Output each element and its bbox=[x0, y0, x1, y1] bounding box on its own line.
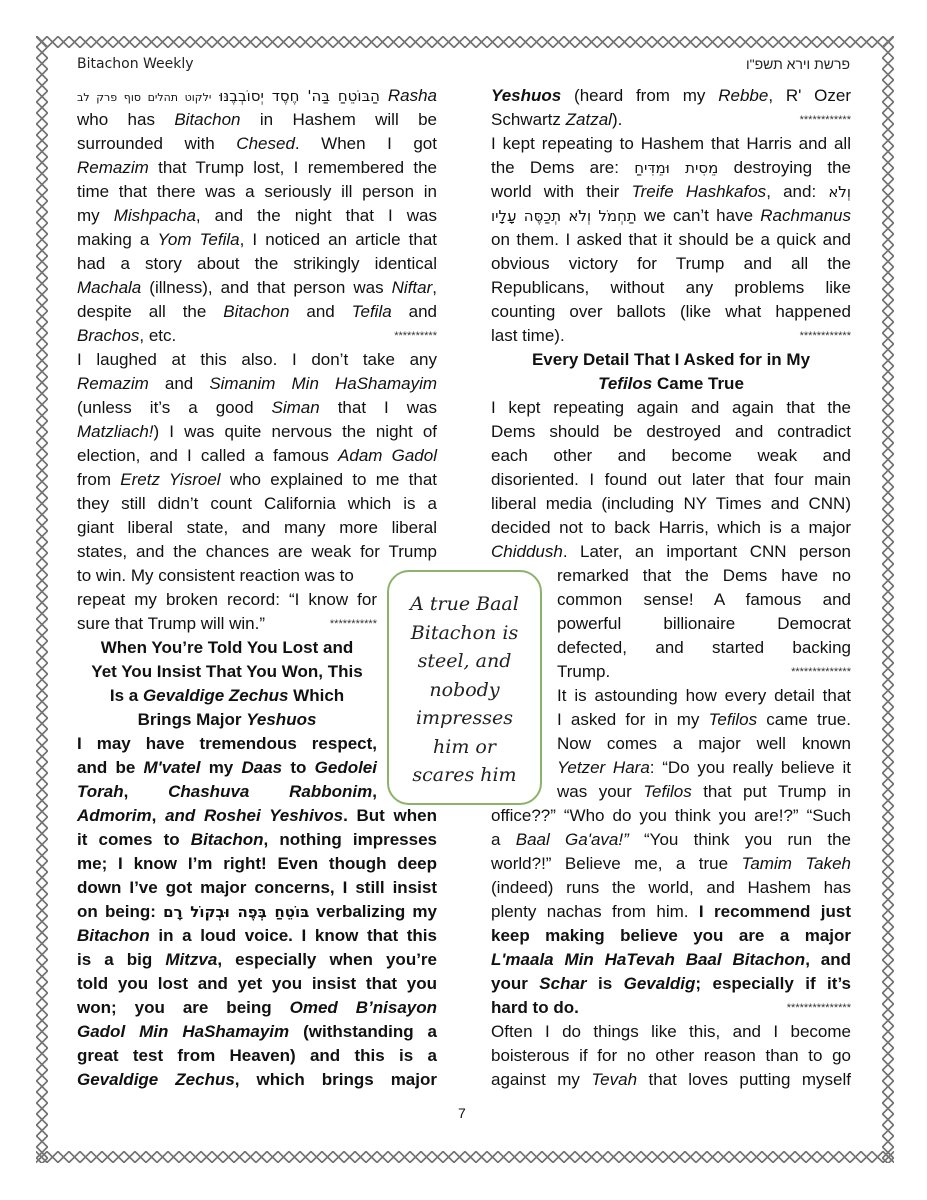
text-line: disoriented. I found out later that four… bbox=[491, 468, 851, 492]
text-line: was your Tefilos that put Trump in bbox=[557, 780, 851, 804]
text-line: remarked that the Dems have no bbox=[557, 564, 851, 588]
text-fragment: hard to do. bbox=[491, 998, 579, 1017]
section-heading-line: When You’re Told You Lost and bbox=[77, 636, 377, 660]
text-line: Gevaldige Zechus, which brings major bbox=[77, 1068, 437, 1092]
text-line: from Eretz Yisroel who explained to me t… bbox=[77, 468, 437, 492]
text-line: making a Yom Tefila, I noticed an articl… bbox=[77, 228, 437, 252]
section-heading-line: Brings Major Yeshuos bbox=[77, 708, 377, 732]
text-line: hard to do.*************** bbox=[491, 996, 851, 1020]
text-line: surrounded with Chesed. When I got bbox=[77, 132, 437, 156]
text-line: to win. My consistent reaction was to bbox=[77, 564, 377, 588]
text-line: Bitachon in a loud voice. I know that th… bbox=[77, 924, 437, 948]
text-line: Now comes a major well known bbox=[557, 732, 851, 756]
text-line: world with their Treife Hashkafos, and: … bbox=[491, 180, 851, 204]
section-separator: ************ bbox=[800, 108, 851, 132]
text-line: states, and the chances are weak for Tru… bbox=[77, 540, 437, 564]
text-line: Republicans, without any problems like bbox=[491, 276, 851, 300]
opening-word: Rasha bbox=[388, 86, 437, 105]
text-line: on them. I asked that it should be a qui… bbox=[491, 228, 851, 252]
text-line: Remazim that Trump lost, I remembered th… bbox=[77, 156, 437, 180]
text-line: Gadol Min HaShamayim (withstanding a bbox=[77, 1020, 437, 1044]
page-number: 7 bbox=[458, 1105, 466, 1121]
text-line: they still didn’t count California which… bbox=[77, 492, 437, 516]
text-line: I laughed at this also. I don’t take any bbox=[77, 348, 437, 372]
text-line: election, and I called a famous Adam Gad… bbox=[77, 444, 437, 468]
text-fragment: last time). bbox=[491, 326, 565, 345]
text-line: me; I know I’m right! Even though deep bbox=[77, 852, 437, 876]
text-line: my Mishpacha, and the night that I was bbox=[77, 204, 437, 228]
text-line: repeat my broken record: “I know for bbox=[77, 588, 377, 612]
text-line: obvious victory for Trump and all the bbox=[491, 252, 851, 276]
text-line: against my Tevah that loves putting myse… bbox=[491, 1068, 851, 1092]
text-line: is a big Mitzva, especially when you’re bbox=[77, 948, 437, 972]
text-line: told you lost and yet you insist that yo… bbox=[77, 972, 437, 996]
text-line: won; you are being Omed B’nisayon bbox=[77, 996, 437, 1020]
text-line: had a story about the strikingly identic… bbox=[77, 252, 437, 276]
text-line: who has Bitachon in Hashem will be bbox=[77, 108, 437, 132]
text-line: I kept repeating again and again that th… bbox=[491, 396, 851, 420]
text-line: Yeshuos (heard from my Rebbe, R' Ozer bbox=[491, 84, 851, 108]
text-line: world?!” Believe me, a true Tamim Takeh bbox=[491, 852, 851, 876]
text-line: counting over ballots (like what happene… bbox=[491, 300, 851, 324]
text-line: liberal media (including NY Times and CN… bbox=[491, 492, 851, 516]
text-line: last time).************ bbox=[491, 324, 851, 348]
text-line: common sense! A famous and bbox=[557, 588, 851, 612]
text-line: Schwartz Zatzal).************ bbox=[491, 108, 851, 132]
decorative-border-right bbox=[882, 36, 894, 1163]
decorative-border-left bbox=[36, 36, 48, 1163]
text-line: on being: בּוֹטֵחַ בְּפֶה וּבְקוֹל רָם v… bbox=[77, 900, 437, 924]
header-publication-title: Bitachon Weekly bbox=[77, 56, 194, 72]
text-line: תַחְמֹל וְלֹא תְכַסֶּה עָלָיו we can’t h… bbox=[491, 204, 851, 228]
text-line: and be M'vatel my Daas to Gedolei bbox=[77, 756, 377, 780]
section-separator: ************ bbox=[800, 324, 851, 348]
text-line: time that there was a seriously ill pers… bbox=[77, 180, 437, 204]
text-line: plenty nachas from him. I recommend just bbox=[491, 900, 851, 924]
text-line: defected, and started backing bbox=[557, 636, 851, 660]
source-citation: ילקוט תהלים סוף פרק לב bbox=[77, 91, 211, 104]
section-heading-line: Every Detail That I Asked for in My bbox=[491, 348, 851, 372]
decorative-border-bottom bbox=[36, 1151, 894, 1163]
text-fragment: sure that Trump will win.” bbox=[77, 614, 265, 633]
text-line: Often I do things like this, and I becom… bbox=[491, 1020, 851, 1044]
text-line: I may have tremendous respect, bbox=[77, 732, 377, 756]
section-heading-line: Is a Gevaldige Zechus Which bbox=[77, 684, 377, 708]
left-column: ילקוט תהלים סוף פרק לב הַבּוֹטֵחַ בַּה' … bbox=[77, 84, 437, 1092]
hebrew-verse: הַבּוֹטֵחַ בַּה' חֶסֶד יְסוֹבְבֶנּוּ bbox=[219, 87, 380, 105]
text-line: Chiddush. Later, an important CNN person bbox=[491, 540, 851, 564]
text-line: Trump.************** bbox=[557, 660, 851, 684]
text-line: great test from Heaven) and this is a bbox=[77, 1044, 437, 1068]
hebrew-phrase: בּוֹטֵחַ בְּפֶה וּבְקוֹל רָם bbox=[163, 903, 309, 921]
text-line: decided not to back Harris, which is a m… bbox=[491, 516, 851, 540]
text-line: Remazim and Simanim Min HaShamayim bbox=[77, 372, 437, 396]
text-line: I asked for in my Tefilos came true. bbox=[557, 708, 851, 732]
section-separator: ************** bbox=[791, 660, 851, 684]
header-parsha: פרשת וירא תשפ"ו bbox=[746, 56, 850, 72]
right-column: Yeshuos (heard from my Rebbe, R' Ozer Sc… bbox=[491, 84, 851, 1092]
decorative-border-top bbox=[36, 36, 894, 48]
text-fragment: Trump. bbox=[557, 662, 610, 681]
text-line: powerful billionaire Democrat bbox=[557, 612, 851, 636]
text-line: boisterous if for no other reason than t… bbox=[491, 1044, 851, 1068]
text-line: Machala (illness), and that person was N… bbox=[77, 276, 437, 300]
text-line: Torah, Chashuva Rabbonim, bbox=[77, 780, 377, 804]
text-line: Matzliach!) I was quite nervous the nigh… bbox=[77, 420, 437, 444]
text-line: Yetzer Hara: “Do you really believe it bbox=[557, 756, 851, 780]
section-heading-line: Yet You Insist That You Won, This bbox=[77, 660, 377, 684]
text-line: despite all the Bitachon and Tefila and bbox=[77, 300, 437, 324]
text-line: L'maala Min HaTevah Baal Bitachon, and bbox=[491, 948, 851, 972]
hebrew-phrase: תַחְמֹל וְלֹא תְכַסֶּה עָלָיו bbox=[491, 207, 637, 225]
section-separator: *********** bbox=[330, 612, 377, 636]
text-line: Admorim, and Roshei Yeshivos. But when bbox=[77, 804, 437, 828]
hebrew-phrase: מֵסִית וּמֵדִּיחַ bbox=[634, 159, 718, 177]
text-line: sure that Trump will win.”*********** bbox=[77, 612, 377, 636]
hebrew-phrase: וְלֹא bbox=[828, 183, 851, 201]
section-heading-line: Tefilos Came True bbox=[491, 372, 851, 396]
text-line: I kept repeating to Hashem that Harris a… bbox=[491, 132, 851, 156]
text-line: the Dems are: מֵסִית וּמֵדִּיחַ destroyi… bbox=[491, 156, 851, 180]
opening-line: ילקוט תהלים סוף פרק לב הַבּוֹטֵחַ בַּה' … bbox=[77, 84, 437, 108]
text-line: (unless it’s a good Siman that I was bbox=[77, 396, 437, 420]
text-line: it comes to Bitachon, nothing impresses bbox=[77, 828, 437, 852]
text-line: It is astounding how every detail that bbox=[557, 684, 851, 708]
text-line: your Schar is Gevaldig; especially if it… bbox=[491, 972, 851, 996]
text-line: down I’ve got major concerns, I still in… bbox=[77, 876, 437, 900]
section-separator: ********** bbox=[394, 324, 437, 348]
text-line: giant liberal state, and many more liber… bbox=[77, 516, 437, 540]
text-line: each other and become weak and bbox=[491, 444, 851, 468]
text-line: a Baal Ga'ava!” “You think you run the bbox=[491, 828, 851, 852]
text-line: Dems should be destroyed and contradict bbox=[491, 420, 851, 444]
text-line: (indeed) runs the world, and Hashem has bbox=[491, 876, 851, 900]
text-line: Brachos, etc.********** bbox=[77, 324, 437, 348]
section-separator: *************** bbox=[787, 996, 851, 1020]
text-line: office??” “Who do you think you are!?” “… bbox=[491, 804, 851, 828]
text-line: keep making believe you are a major bbox=[491, 924, 851, 948]
